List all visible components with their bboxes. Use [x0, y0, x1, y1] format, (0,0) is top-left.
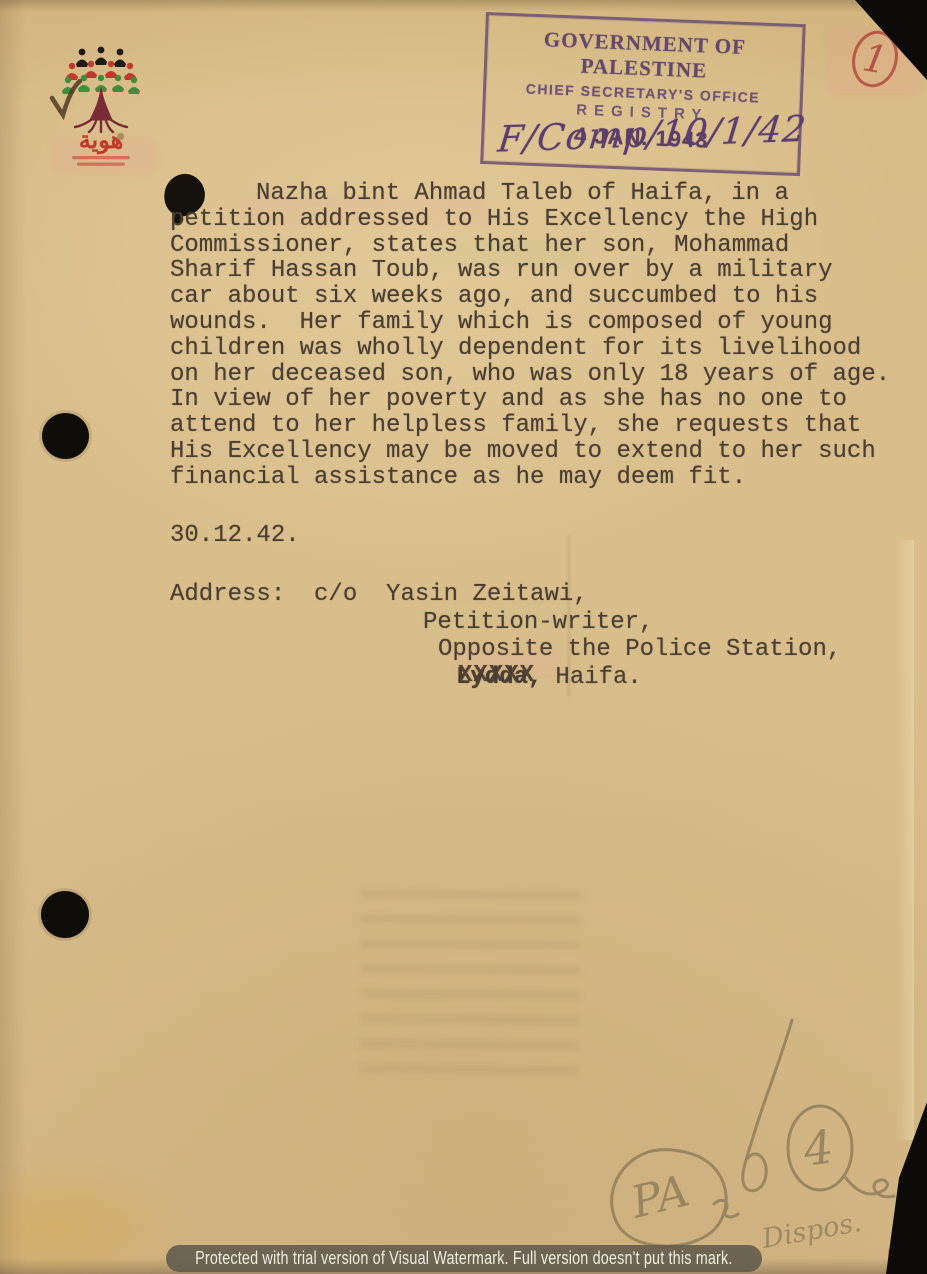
hole-punch-top [42, 413, 89, 459]
photo-background: { "doc": { "stamp": { "org": "GOVERNMENT… [0, 0, 927, 1274]
page-number: 1 [859, 35, 890, 83]
ink-bleedthrough [359, 889, 581, 1081]
address-line-3: Opposite the Police Station, [170, 636, 841, 664]
watermark-bar: Protected with trial version of Visual W… [166, 1245, 762, 1272]
checkmark-icon [48, 78, 84, 120]
address-line-2: Petition-writer, [170, 609, 841, 637]
text-line: His Excellency may be moved to extend to… [170, 439, 890, 465]
red-edge-speck [888, 1248, 896, 1264]
logo-wordmark: هوية [79, 125, 124, 155]
stamp-org-line: GOVERNMENT OF PALESTINE [487, 25, 803, 87]
address-line-1: Address: c/o Yasin Zeitawi, [170, 581, 841, 609]
text-line: car about six weeks ago, and succumbed t… [170, 284, 890, 310]
pencil-dash [901, 1208, 911, 1210]
paper: هوية GOVERNMENT OF PALESTINE CHIEF SECRE… [0, 0, 927, 1274]
pencil-flourish [743, 1020, 792, 1191]
pencil-text-pa: PA [625, 1165, 694, 1229]
pencil-number-4: 4 [799, 1119, 837, 1177]
stain-bottom-left [0, 1160, 190, 1274]
circled-page-number: 1 [845, 26, 905, 94]
watermark-text: Protected with trial version of Visual W… [195, 1248, 732, 1269]
pencil-word-dispos: Dispos. [759, 1207, 864, 1255]
text-line: financial assistance as he may deem fit. [170, 465, 890, 491]
text-line: In view of her poverty and as she has no… [170, 387, 890, 413]
pencil-annotations: PA 4 Dispos. [596, 1016, 926, 1272]
petition-text: Nazha bint Ahmad Taleb of Haifa, in a pe… [170, 181, 890, 491]
text-line: wounds. Her family which is composed of … [170, 310, 890, 336]
text-line: children was wholly dependent for its li… [170, 336, 890, 362]
struck-city: Lydda,XXXXX [456, 664, 542, 692]
hole-punch-bottom [41, 891, 89, 938]
text-line: Commissioner, states that her son, Moham… [170, 233, 890, 259]
text-line: Sharif Hassan Toub, was run over by a mi… [170, 258, 890, 284]
text-line: attend to her helpless family, she reque… [170, 413, 890, 439]
address-line-4: Lydda,XXXXXHaifa. [170, 664, 841, 692]
date-line: 30.12.42. [170, 522, 300, 549]
strike-overlay: XXXXX [458, 662, 535, 690]
text-line: petition addressed to His Excellency the… [170, 207, 890, 233]
address-city: Haifa. [555, 664, 641, 691]
address-block: Address: c/o Yasin Zeitawi, Petition-wri… [170, 581, 841, 691]
text-line: on her deceased son, who was only 18 yea… [170, 362, 890, 388]
text-line: Nazha bint Ahmad Taleb of Haifa, in a [170, 181, 890, 207]
pencil-small-squiggle [714, 1200, 738, 1217]
pencil-tail-squiggle [846, 1178, 894, 1197]
logo-tagline-lines [72, 156, 130, 166]
